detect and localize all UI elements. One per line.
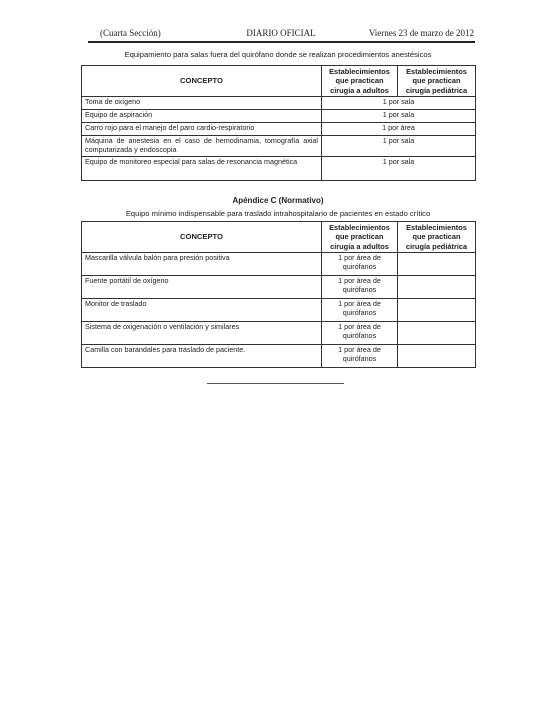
header-pediatrica: Establecimientos que practican cirugía p… [398,66,476,97]
appendix-title: Apéndice C (Normativo) [81,196,475,205]
cell-concepto: Camilla con barandales para traslado de … [82,345,322,368]
publication-date: Viernes 23 de marzo de 2012 [369,28,474,38]
table-row: Carro rojo para el manejo del paro cardi… [82,123,476,136]
cell-concepto: Máquina de anestesia en el caso de hemod… [82,136,322,157]
table-header-row: CONCEPTO Establecimientos que practican … [82,222,476,253]
cell-adultos: 1 por área de quirófanos [322,276,398,299]
table-row: Toma de oxígeno 1 por sala [82,97,476,110]
table-row: Monitor de traslado 1 por área de quiróf… [82,299,476,322]
header-adultos: Establecimientos que practican cirugía a… [322,222,398,253]
cell-valor: 1 por área [322,123,476,136]
footer-rule [207,383,344,384]
cell-adultos: 1 por área de quirófanos [322,299,398,322]
cell-concepto: Toma de oxígeno [82,97,322,110]
table-row: Mascarilla válvula balón para presión po… [82,253,476,276]
cell-concepto: Sistema de oxigenación o ventilación y s… [82,322,322,345]
header-rule [88,41,475,43]
table-row: Equipo de aspiración 1 por sala [82,110,476,123]
cell-valor: 1 por sala [322,110,476,123]
cell-concepto: Mascarilla válvula balón para presión po… [82,253,322,276]
table1-caption: Equipamiento para salas fuera del quiróf… [81,50,475,59]
table-traslado-intrahospitalario: CONCEPTO Establecimientos que practican … [81,221,476,368]
cell-adultos: 1 por área de quirófanos [322,253,398,276]
page-header: (Cuarta Sección) DIARIO OFICIAL Viernes … [88,28,474,40]
cell-concepto: Fuente portátil de oxígeno [82,276,322,299]
table-row: Camilla con barandales para traslado de … [82,345,476,368]
table-row: Fuente portátil de oxígeno 1 por área de… [82,276,476,299]
cell-adultos: 1 por área de quirófanos [322,322,398,345]
table-header-row: CONCEPTO Establecimientos que practican … [82,66,476,97]
cell-adultos: 1 por área de quirófanos [322,345,398,368]
header-pediatrica: Establecimientos que practican cirugía p… [398,222,476,253]
cell-concepto: Equipo de aspiración [82,110,322,123]
cell-concepto: Monitor de traslado [82,299,322,322]
appendix-caption: Equipo mínimo indispensable para traslad… [81,209,475,218]
cell-concepto: Carro rojo para el manejo del paro cardi… [82,123,322,136]
header-concepto: CONCEPTO [82,222,322,253]
table-row: Máquina de anestesia en el caso de hemod… [82,136,476,157]
cell-pediatrica [398,276,476,299]
cell-valor: 1 por sala [322,157,476,181]
cell-concepto: Equipo de monitoreo especial para salas … [82,157,322,181]
cell-pediatrica [398,345,476,368]
table-equipamiento-salas: CONCEPTO Establecimientos que practican … [81,65,476,181]
cell-pediatrica [398,299,476,322]
header-concepto: CONCEPTO [82,66,322,97]
header-adultos: Establecimientos que practican cirugía a… [322,66,398,97]
cell-pediatrica [398,322,476,345]
cell-pediatrica [398,253,476,276]
cell-valor: 1 por sala [322,97,476,110]
cell-valor: 1 por sala [322,136,476,157]
table-row: Sistema de oxigenación o ventilación y s… [82,322,476,345]
table-row: Equipo de monitoreo especial para salas … [82,157,476,181]
